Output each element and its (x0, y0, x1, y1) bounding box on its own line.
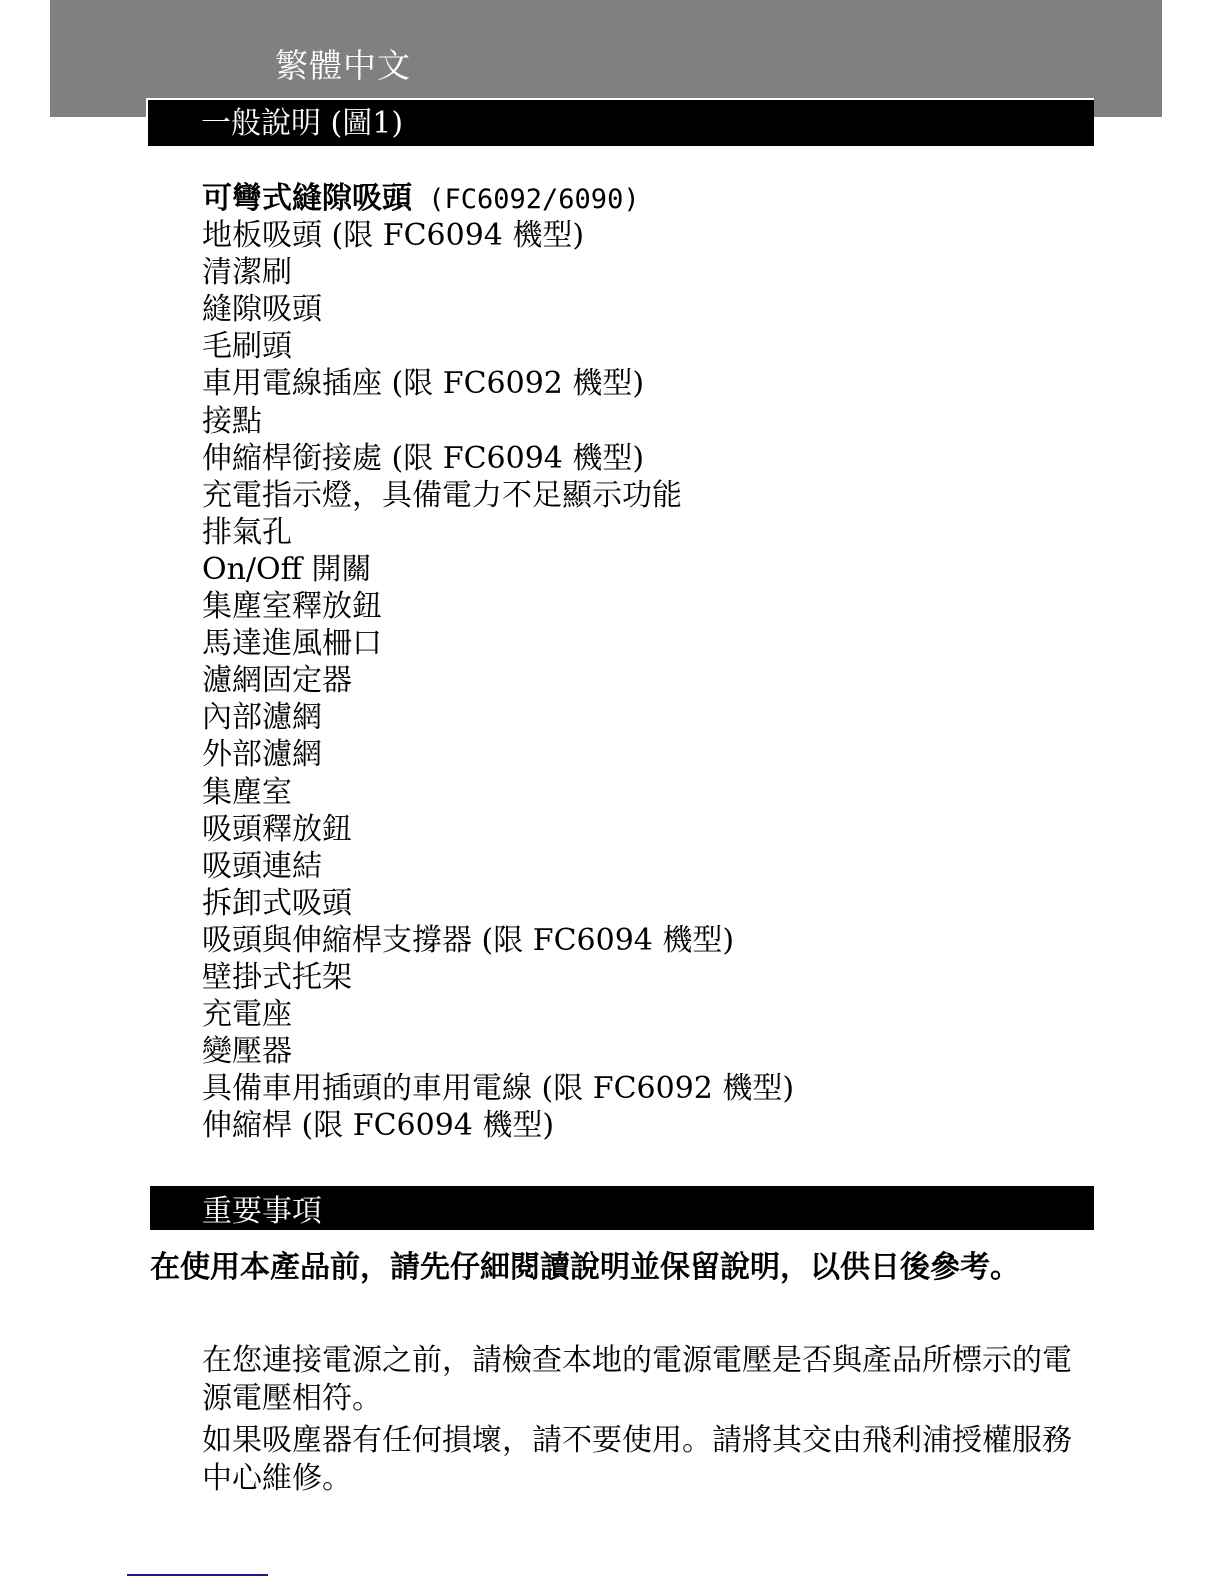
note-item: 如果吸塵器有任何損壞，請不要使用。請將其交由飛利浦授權服務中心維修。 (202, 1422, 1082, 1498)
important-notes: 在您連接電源之前，請檢查本地的電源電壓是否與產品所標示的電源電壓相符。 如果吸塵… (202, 1342, 1082, 1502)
list-item: 充電指示燈，具備電力不足顯示功能 (202, 477, 794, 514)
important-intro: 在使用本產品前，請先仔細閱讀說明並保留說明，以供日後參考。 (150, 1248, 1080, 1288)
list-item: 集塵室釋放鈕 (202, 588, 794, 625)
list-item: 伸縮桿銜接處 (限 FC6094 機型) (202, 440, 794, 477)
list-item: 地板吸頭 (限 FC6094 機型) (202, 217, 794, 254)
list-item: 具備車用插頭的車用電線 (限 FC6092 機型) (202, 1070, 794, 1107)
list-item: 吸頭釋放鈕 (202, 811, 794, 848)
note-item: 在您連接電源之前，請檢查本地的電源電壓是否與產品所標示的電源電壓相符。 (202, 1342, 1082, 1418)
list-item: 變壓器 (202, 1033, 794, 1070)
list-item: 外部濾網 (202, 736, 794, 773)
section-header-general-description: 一般說明 (圖1) (146, 98, 1094, 146)
list-item: 充電座 (202, 996, 794, 1033)
parts-list: 可彎式縫隙吸頭 (FC6092/6090) 地板吸頭 (限 FC6094 機型)… (202, 180, 794, 1144)
list-item: 集塵室 (202, 774, 794, 811)
list-item: 馬達進風柵口 (202, 625, 794, 662)
list-item: 吸頭連結 (202, 848, 794, 885)
list-item: 可彎式縫隙吸頭 (FC6092/6090) (202, 180, 794, 217)
list-item: 內部濾網 (202, 699, 794, 736)
list-item: 車用電線插座 (限 FC6092 機型) (202, 365, 794, 402)
list-item: 毛刷頭 (202, 328, 794, 365)
list-item: 吸頭與伸縮桿支撐器 (限 FC6094 機型) (202, 922, 794, 959)
list-item: 接點 (202, 403, 794, 440)
list-item: 縫隙吸頭 (202, 291, 794, 328)
list-item: 清潔刷 (202, 254, 794, 291)
section-header-important: 重要事項 (150, 1186, 1094, 1230)
list-item: 伸縮桿 (限 FC6094 機型) (202, 1107, 794, 1144)
language-title: 繁體中文 (275, 46, 411, 86)
list-item: 濾網固定器 (202, 662, 794, 699)
list-item: 拆卸式吸頭 (202, 885, 794, 922)
footer-divider (127, 1574, 268, 1576)
list-item: On/Off 開關 (202, 551, 794, 588)
section-title: 一般說明 (圖1) (201, 104, 403, 144)
section-title: 重要事項 (202, 1192, 322, 1232)
list-item: 排氣孔 (202, 514, 794, 551)
list-item: 壁掛式托架 (202, 959, 794, 996)
